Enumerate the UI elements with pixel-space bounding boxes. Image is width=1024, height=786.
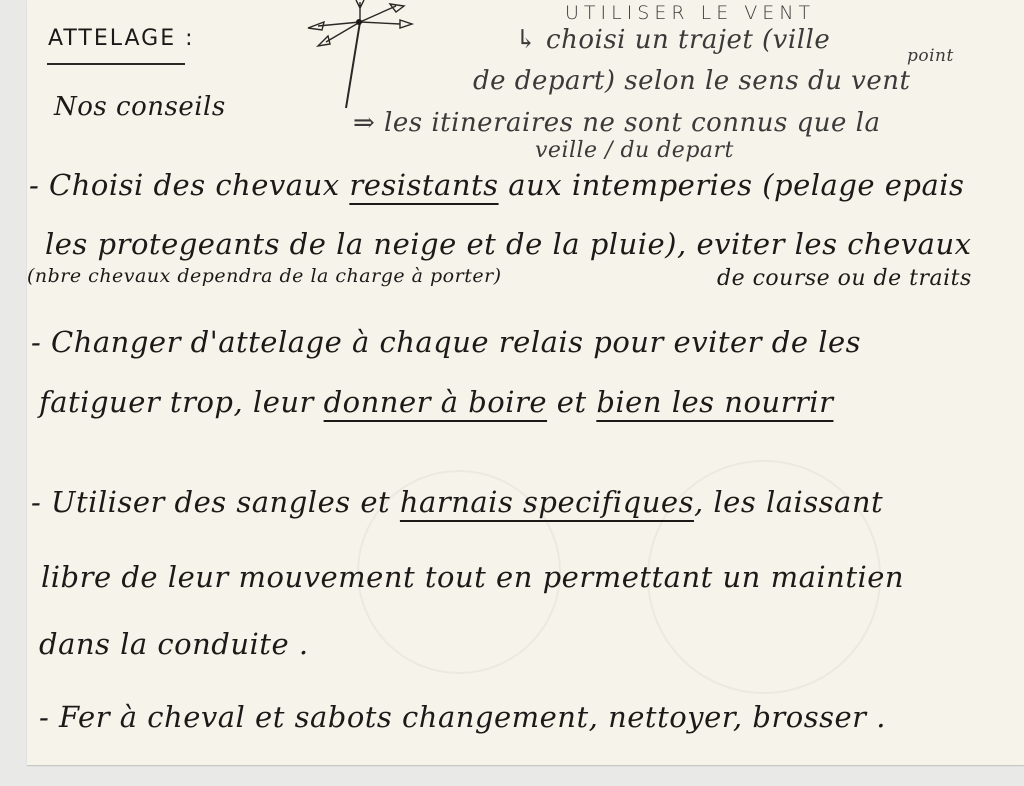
advice-2-line-1: - Changer d'attelage à chaque relais pou… — [31, 325, 861, 359]
advice-2-emphasis-1: donner à boire — [324, 385, 547, 419]
wind-note-line-2: de depart) selon le sens du vent — [473, 66, 910, 96]
subtitle: Nos conseils — [54, 92, 226, 122]
wind-note-line-4: veille / du depart — [535, 138, 734, 163]
advice-4-line-1: - Fer à cheval et sabots changement, net… — [39, 700, 886, 734]
advice-1-note-right: de course ou de traits — [717, 266, 972, 291]
advice-2-line-2: fatiguer trop, leur donner à boire et bi… — [39, 385, 833, 419]
wind-note-line-1: ↳ choisi un trajet (ville — [515, 25, 830, 55]
advice-3-text-a: - Utiliser des sangles et — [31, 485, 400, 519]
advice-3-line-3: dans la conduite . — [39, 627, 309, 661]
advice-1-emphasis: resistants — [349, 168, 498, 202]
advice-3-line-1: - Utiliser des sangles et harnais specif… — [31, 485, 883, 519]
advice-3-text-b: , les laissant — [694, 485, 883, 519]
handwritten-page: ATTELAGE : Nos conseils UTILISER LE VENT… — [27, 0, 1024, 765]
advice-1-line-2: les protegeants de la neige et de la plu… — [45, 227, 971, 261]
wind-note-line-3: ⇒ les itineraires ne sont connus que la — [353, 108, 881, 138]
wind-note-insert: point — [907, 46, 954, 66]
advice-3-line-2: libre de leur mouvement tout en permetta… — [41, 560, 904, 594]
advice-3-emphasis: harnais specifiques — [400, 485, 694, 519]
wind-vane-icon — [290, 0, 430, 115]
wind-note-heading: UTILISER LE VENT — [565, 2, 815, 24]
advice-1-text-b: aux intemperies (pelage epais — [499, 168, 965, 202]
advice-1-line-1: - Choisi des chevaux resistants aux inte… — [29, 168, 964, 202]
advice-2-text-b: et — [547, 385, 596, 419]
page-title: ATTELAGE : — [48, 26, 195, 51]
advice-2-text-a: fatiguer trop, leur — [39, 385, 324, 419]
advice-1-text-a: - Choisi des chevaux — [29, 168, 349, 202]
advice-2-emphasis-2: bien les nourrir — [596, 385, 833, 419]
advice-1-note-left: (nbre chevaux dependra de la charge à po… — [27, 265, 502, 287]
title-underline — [47, 63, 185, 65]
